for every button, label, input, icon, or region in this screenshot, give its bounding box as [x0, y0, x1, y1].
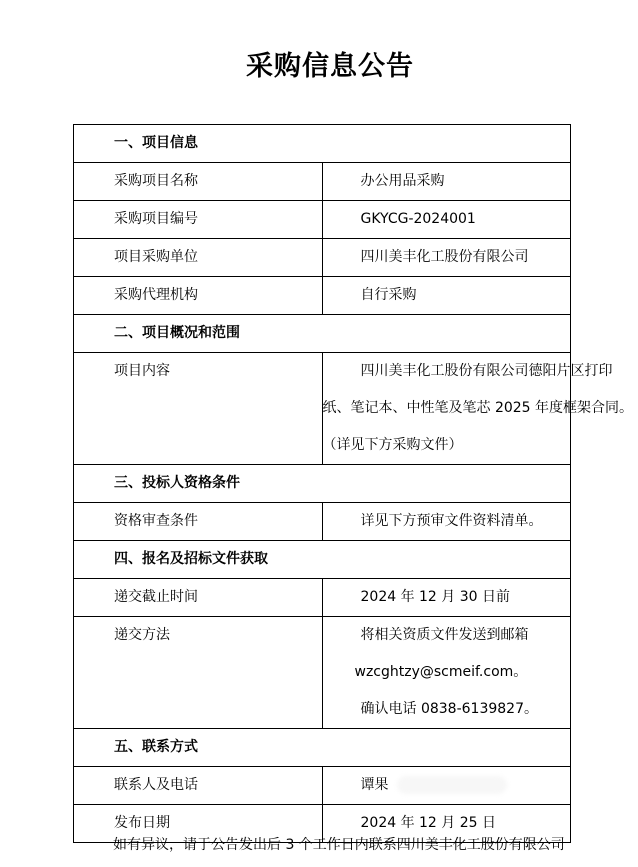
- table-row: 项目内容 四川美丰化工股份有限公司德阳片区打印 纸、笔记本、中性笔及笔芯 202…: [74, 353, 571, 465]
- value-line: 将相关资质文件发送到邮箱: [323, 617, 571, 654]
- row-value: 自行采购: [322, 277, 571, 315]
- section-heading: 二、项目概况和范围: [74, 315, 571, 353]
- section-header-project-info: 一、项目信息: [74, 125, 571, 163]
- row-label: 联系人及电话: [74, 767, 323, 805]
- footnote: 如有异议，请于公告发出后 3 个工作日内联系四川美丰化工股份有限公司: [113, 834, 565, 854]
- page-title: 采购信息公告: [0, 44, 638, 83]
- redacted-phone: [397, 776, 507, 794]
- section-header-contact: 五、联系方式: [74, 729, 571, 767]
- email-link[interactable]: wzcghtzy@scmeif.com。: [323, 654, 571, 691]
- notice-table: 一、项目信息 采购项目名称 办公用品采购 采购项目编号 GKYCG-202400…: [73, 124, 571, 843]
- row-value: 四川美丰化工股份有限公司: [322, 239, 571, 277]
- contact-name: 谭果: [361, 777, 389, 793]
- row-label: 资格审查条件: [74, 503, 323, 541]
- table-row: 采购项目名称 办公用品采购: [74, 163, 571, 201]
- row-value: GKYCG-2024001: [322, 201, 571, 239]
- row-label: 采购项目编号: [74, 201, 323, 239]
- value-line: 四川美丰化工股份有限公司德阳片区打印: [323, 353, 571, 390]
- table-row: 采购项目编号 GKYCG-2024001: [74, 201, 571, 239]
- row-label: 项目内容: [74, 353, 323, 465]
- section-heading: 四、报名及招标文件获取: [74, 541, 571, 579]
- table-row: 采购代理机构 自行采购: [74, 277, 571, 315]
- row-label: 递交方法: [74, 617, 323, 729]
- value-line: （详见下方采购文件）: [323, 427, 571, 464]
- section-heading: 五、联系方式: [74, 729, 571, 767]
- table-row: 递交方法 将相关资质文件发送到邮箱 wzcghtzy@scmeif.com。 确…: [74, 617, 571, 729]
- value-line: 确认电话 0838-6139827。: [323, 691, 571, 728]
- section-header-registration: 四、报名及招标文件获取: [74, 541, 571, 579]
- row-label: 采购代理机构: [74, 277, 323, 315]
- section-heading: 三、投标人资格条件: [74, 465, 571, 503]
- table-row: 联系人及电话 谭果: [74, 767, 571, 805]
- row-label: 采购项目名称: [74, 163, 323, 201]
- row-value: 四川美丰化工股份有限公司德阳片区打印 纸、笔记本、中性笔及笔芯 2025 年度框…: [322, 353, 571, 465]
- section-heading: 一、项目信息: [74, 125, 571, 163]
- row-value: 谭果: [322, 767, 571, 805]
- section-header-scope: 二、项目概况和范围: [74, 315, 571, 353]
- row-label: 项目采购单位: [74, 239, 323, 277]
- table-row: 项目采购单位 四川美丰化工股份有限公司: [74, 239, 571, 277]
- value-line: 纸、笔记本、中性笔及笔芯 2025 年度框架合同。: [323, 390, 571, 427]
- section-header-qualification: 三、投标人资格条件: [74, 465, 571, 503]
- row-label: 递交截止时间: [74, 579, 323, 617]
- row-value: 将相关资质文件发送到邮箱 wzcghtzy@scmeif.com。 确认电话 0…: [322, 617, 571, 729]
- row-value: 2024 年 12 月 30 日前: [322, 579, 571, 617]
- row-value: 办公用品采购: [322, 163, 571, 201]
- table-row: 资格审查条件 详见下方预审文件资料清单。: [74, 503, 571, 541]
- table-row: 递交截止时间 2024 年 12 月 30 日前: [74, 579, 571, 617]
- row-value: 详见下方预审文件资料清单。: [322, 503, 571, 541]
